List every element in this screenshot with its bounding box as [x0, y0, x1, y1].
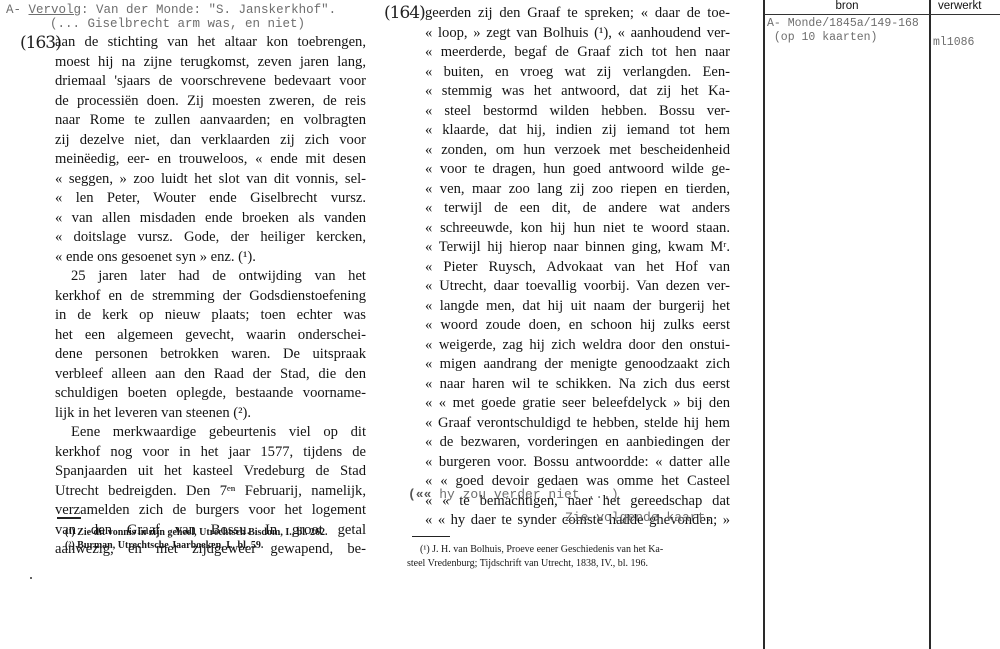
text-line: de processiën doen. Zij moesten zweren, …	[55, 92, 366, 112]
text-line: « Terwijl hij hierop naar binnen ging, k…	[425, 238, 730, 258]
card-prefix: A-	[6, 3, 29, 17]
text-line: kerkhof nog voor in het jaar 1577, tijde…	[55, 443, 366, 463]
text-line: kerkhof en de stremming der Godsdienstoe…	[55, 287, 366, 307]
text-line: « naar haren wil te schikken. Na zich du…	[425, 375, 730, 395]
text-line: « voor te dragen, hun goed antwoord wild…	[425, 160, 730, 180]
text-line: « woord zoude doen, en schoon hij zulks …	[425, 316, 730, 336]
right-page-text: geerden zij den Graaf te spreken; « daar…	[425, 4, 730, 531]
text-line: « weigerde, zag hij zich weldra door den…	[425, 336, 730, 356]
text-line: Utrecht bedreigden. Den 7ᵉⁿ Februarij, n…	[55, 482, 366, 502]
text-line: « meerderde, begaf de Graaf zich tot hen…	[425, 43, 730, 63]
text-line: naar Rome te zullen aanvaarden; en volbr…	[55, 111, 366, 131]
text-line: « burgeren voor. Bossu antwoordde: « dat…	[425, 453, 730, 473]
text-line: « ven, maar zoo lang zij zoo riepen en t…	[425, 180, 730, 200]
text-line: « terwijl de een dit, de andere wat ande…	[425, 199, 730, 219]
column-header-bron: bron	[765, 0, 929, 13]
text-line: Spanjaarden uit het kasteel Vredeburg de…	[55, 462, 366, 482]
text-line: « migen aandrang der menigte genoodzaakt…	[425, 355, 730, 375]
text-line: « steel bestormd wilden hebben. Bossu ve…	[425, 102, 730, 122]
card-title-text: : Van der Monde: "S. Janskerkhof".	[81, 3, 336, 17]
table-border-left	[763, 0, 765, 649]
card-label-vervolg: Vervolg	[29, 3, 82, 17]
text-line: lijk in het leveren van steenen (²).	[55, 404, 366, 424]
text-line: moest hij na zijne terugkomst, zeven jar…	[55, 53, 366, 73]
text-line: « Pieter Ruysch, Advokaat van het Hof va…	[425, 258, 730, 278]
text-line: « schreeuwde, kon hij hun niet te woord …	[425, 219, 730, 239]
footnote-right-1: (¹) J. H. van Bolhuis, Proeve eener Gesc…	[420, 543, 663, 556]
text-line: verbleef alleen aan den Raad der Stad, d…	[55, 365, 366, 385]
footnote-right-2: steel Vredenburg; Tijdschrift van Utrech…	[407, 557, 648, 570]
text-line: 25 jaren later had de ontwijding van het	[55, 267, 366, 287]
text-line: « Graaf verontschuldigd te hebben, steld…	[425, 414, 730, 434]
text-line: « de bezwaren, vorderingen en aanbieding…	[425, 433, 730, 453]
text-line: « doitslage vursz. Gode, der heiliger ke…	[55, 228, 366, 248]
text-line: geerden zij den Graaf te spreken; « daar…	[425, 4, 730, 24]
text-line: zij dezelve niet, dan verklaarden zij zi…	[55, 131, 366, 151]
text-line: « len Peter, Wouter ende Giselbrecht vur…	[55, 189, 366, 209]
continuation-text: hy zou verder niet ...)	[431, 487, 618, 502]
left-page-text: aan de stichting van het altaar kon toeb…	[55, 33, 366, 560]
text-line: meinëedig, eer- en trouweloos, « ende mi…	[55, 150, 366, 170]
footnote-left-1: (¹) Zie dit vonnis in zijn geheel, Utrec…	[65, 526, 328, 539]
stray-mark	[30, 577, 32, 579]
text-line: « seggen, » zoo luidt het slot van dit v…	[55, 170, 366, 190]
card-title: A- Vervolg: Van der Monde: "S. Janskerkh…	[6, 3, 336, 17]
text-line: driemaal 'sjaars de voorschrevene bedeva…	[55, 72, 366, 92]
text-line: het een algemeen gevecht, waarin ondersc…	[55, 326, 366, 346]
footnote-rule-right	[412, 536, 450, 537]
text-line: « loop, » zegt van Bolhuis (¹), « aanhou…	[425, 24, 730, 44]
text-line: schuldigen boeten oplegde, bestaande voo…	[55, 384, 366, 404]
typed-continuation: («« hy zou verder niet ...)	[408, 488, 619, 502]
next-card-note: Zie volgende kaart.	[565, 511, 713, 525]
text-line: « ende ons gesoenet syn » enz. (¹).	[55, 248, 366, 268]
text-line: « « met goede gratie seer beleefdelyck »…	[425, 394, 730, 414]
text-line: aan de stichting van het altaar kon toeb…	[55, 33, 366, 53]
continuation-quote-marks: (««	[408, 487, 431, 502]
page-number-right: (164)	[384, 3, 425, 23]
column-header-verwerkt: verwerkt	[938, 0, 981, 13]
footnote-left-2: (²) Burman, Utrechtsche Jaarboeken, I., …	[65, 539, 263, 552]
text-line: « Utrecht, daar toevallig voorbij. Van d…	[425, 277, 730, 297]
text-line: dene personen betrokken waren. De uitspr…	[55, 345, 366, 365]
text-line: in de kerk op nieuw plaats; toen echter …	[55, 306, 366, 326]
text-line: « van allen misdaden ende broeken als va…	[55, 209, 366, 229]
table-border-middle	[929, 0, 931, 649]
card-subtitle: (... Giselbrecht arm was, en niet)	[50, 17, 305, 31]
text-line: « klaarde, dat hij, indien zij iemand to…	[425, 121, 730, 141]
text-line: « langde men, dat hij uit naam der burge…	[425, 297, 730, 317]
bron-value-line2: (op 10 kaarten)	[767, 31, 877, 44]
verwerkt-value: ml1086	[933, 36, 974, 49]
text-line: Eene merkwaardige gebeurtenis viel op di…	[55, 423, 366, 443]
table-header-rule	[764, 14, 1000, 15]
text-line: « zonden, om hun verzoek met bescheidenh…	[425, 141, 730, 161]
footnote-rule-left	[57, 517, 81, 519]
bron-value-line1: A- Monde/1845a/149-168	[767, 17, 919, 30]
text-line: « stemmig was het antwoord, dat zij het …	[425, 82, 730, 102]
text-line: « buiten, en vroeg wat zij verlangden. E…	[425, 63, 730, 83]
text-line: verzamelden zich de burgers voor het log…	[55, 501, 366, 521]
